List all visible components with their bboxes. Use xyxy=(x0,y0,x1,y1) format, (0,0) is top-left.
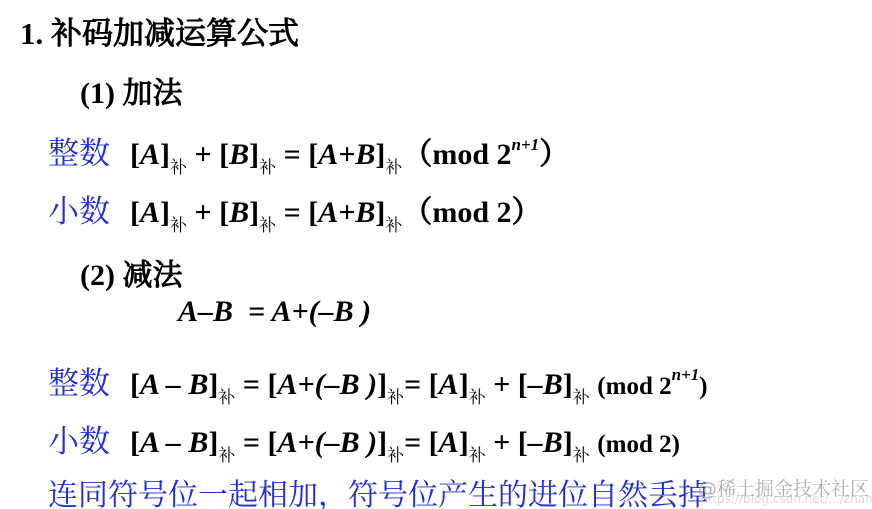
addition-label: (1) 加法 xyxy=(80,68,182,112)
subtraction-identity: A–B = A+(–B ) xyxy=(178,295,371,329)
fraction-label: 小数 xyxy=(48,194,110,230)
addition-integer-formula: 整数[A]补 + [B]补 = [A+B]补（mod 2n+1） xyxy=(48,128,569,173)
integer-label: 整数 xyxy=(48,136,110,172)
heading-title: 补码加减运算公式 xyxy=(51,16,299,51)
subtraction-fraction-formula: 小数[A – B]补 = [A+(–B )]补= [A]补 + [–B]补 (m… xyxy=(48,416,680,461)
conclusion-text: 连同符号位一起相加，符号位产生的进位自然丢掉 xyxy=(48,470,708,509)
addition-fraction-formula: 小数[A]补 + [B]补 = [A+B]补（mod 2） xyxy=(48,186,542,231)
section-heading: 1. 补码加减运算公式 xyxy=(20,8,299,53)
watermark-url: https://blog.csdn.net/.../zhang_tight xyxy=(700,492,872,506)
heading-number: 1. xyxy=(20,16,43,51)
subtraction-label: (2) 减法 xyxy=(80,250,182,294)
fraction-label: 小数 xyxy=(48,424,110,460)
integer-label: 整数 xyxy=(48,366,110,402)
subtraction-integer-formula: 整数[A – B]补 = [A+(–B )]补= [A]补 + [–B]补 (m… xyxy=(48,358,708,403)
